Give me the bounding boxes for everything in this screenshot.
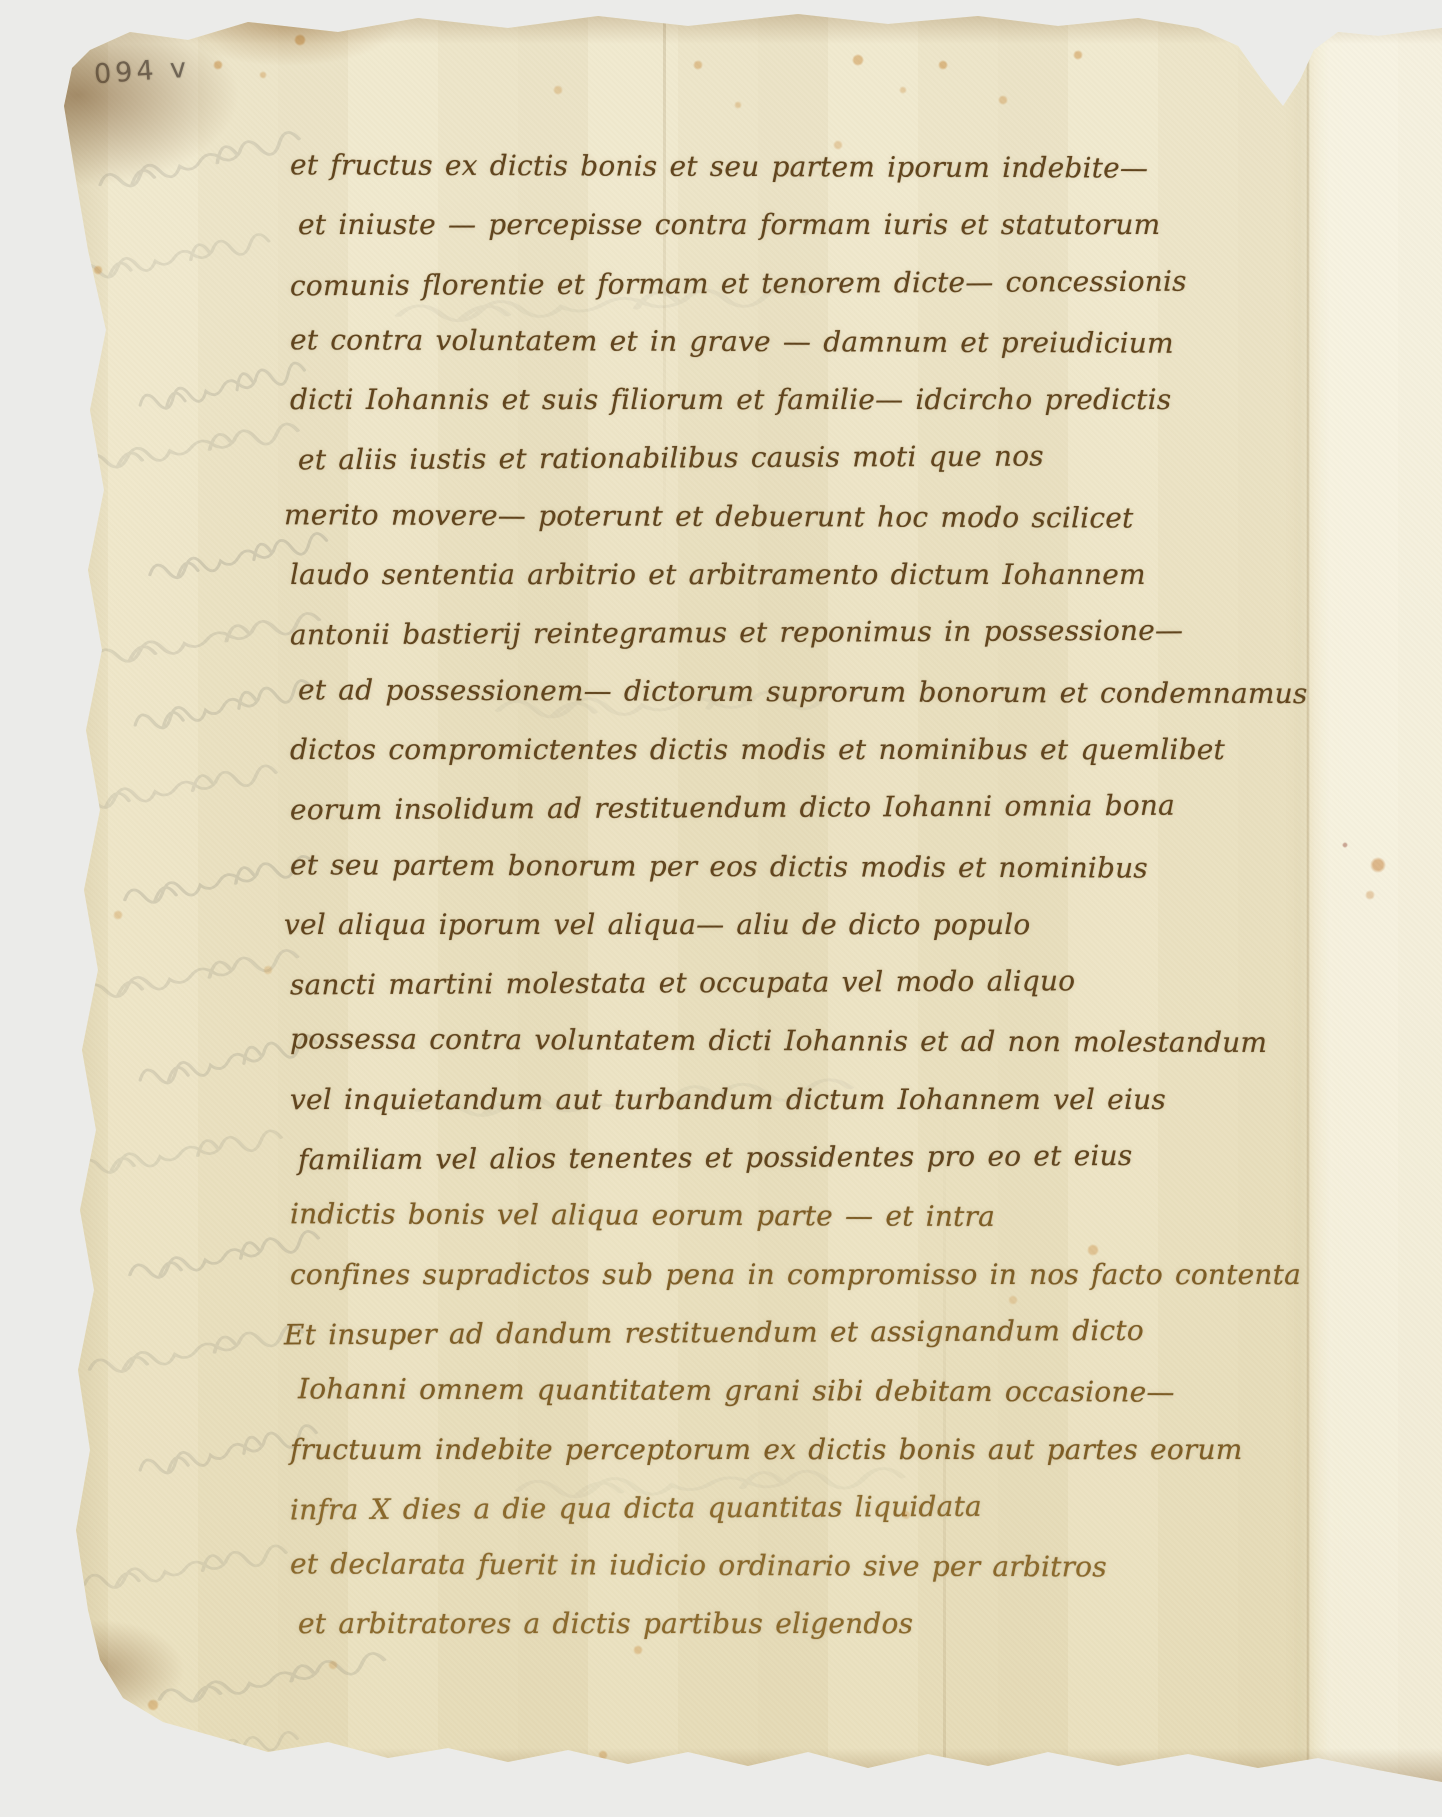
manuscript-line: et arbitratores a dictis partibus eligen… — [298, 1595, 1190, 1653]
manuscript-line: infra X dies a die qua dicta quantitas l… — [290, 1476, 1190, 1539]
manuscript-line: vel inquietandum aut turbandum dictum Io… — [290, 1071, 1190, 1129]
manuscript-line: confines supradictos sub pena in comprom… — [290, 1246, 1190, 1304]
manuscript-line: et fructus ex dictis bonis et seu partem… — [290, 136, 1190, 198]
manuscript-line: dicti Iohannis et suis filiorum et famil… — [290, 371, 1190, 429]
manuscript-line: laudo sententia arbitrio et arbitramento… — [290, 546, 1190, 604]
manuscript-line: et contra voluntatem et in grave — damnu… — [290, 311, 1190, 373]
manuscript-line: et declarata fuerit in iudicio ordinario… — [290, 1535, 1190, 1597]
fold-crease-right — [1306, 10, 1310, 1782]
manuscript-line: et ad possessionem— dictorum suprorum bo… — [298, 661, 1190, 723]
manuscript-line: et iniuste — percepisse contra formam iu… — [298, 196, 1190, 254]
manuscript-line: fructuum indebite perceptorum ex dictis … — [290, 1421, 1190, 1479]
manuscript-text-block: et fructus ex dictis bonis et seu partem… — [290, 138, 1190, 1654]
manuscript-line: eorum insolidum ad restituendum dicto Io… — [290, 777, 1190, 840]
manuscript-line: antonii bastierij reintegramus et reponi… — [290, 602, 1190, 665]
manuscript-line: Et insuper ad dandum restituendum et ass… — [284, 1302, 1190, 1365]
folio-number-annotation: 094 v — [93, 53, 191, 91]
scanner-background: 094 v et fructus ex dictis bonis et seu … — [0, 0, 1442, 1817]
fold-crease-upper — [663, 10, 666, 570]
manuscript-line: vel aliqua iporum vel aliqua— aliu de di… — [284, 896, 1190, 954]
manuscript-line: sancti martini molestata et occupata vel… — [290, 952, 1190, 1015]
manuscript-line: comunis florentie et formam et tenorem d… — [290, 252, 1190, 315]
manuscript-line: familiam vel alios tenentes et possident… — [298, 1127, 1190, 1190]
fold-crease-lower — [943, 1082, 946, 1782]
manuscript-line: dictos compromictentes dictis modis et n… — [290, 721, 1190, 779]
manuscript-line: merito movere— poterunt et debuerunt hoc… — [284, 486, 1190, 548]
manuscript-line: et aliis iustis et rationabilibus causis… — [298, 427, 1190, 490]
manuscript-line: indictis bonis vel aliqua eorum parte — … — [290, 1186, 1190, 1248]
manuscript-page: 094 v et fructus ex dictis bonis et seu … — [38, 10, 1442, 1782]
manuscript-line: et seu partem bonorum per eos dictis mod… — [290, 836, 1190, 898]
manuscript-line: Iohanni omnem quantitatem grani sibi deb… — [298, 1361, 1190, 1423]
manuscript-line: possessa contra voluntatem dicti Iohanni… — [290, 1011, 1190, 1073]
